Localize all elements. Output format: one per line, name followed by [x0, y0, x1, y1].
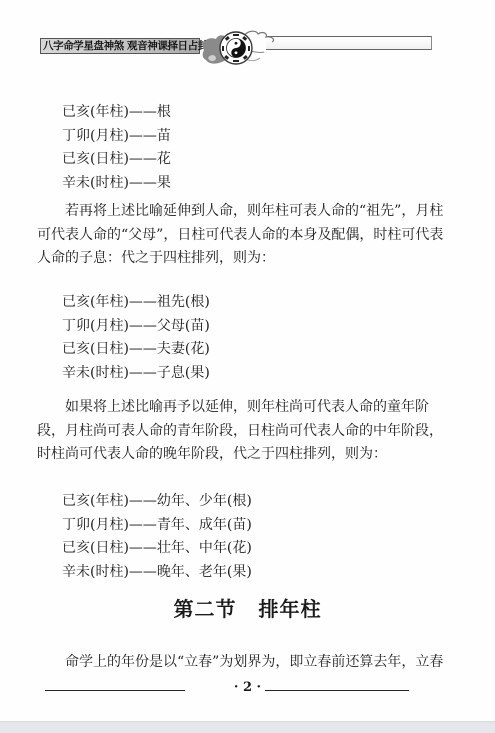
paragraph-line: 可代表人命的“父母”，日柱可代表人命的本身及配偶，时柱可代表	[37, 224, 459, 248]
header-rule-bar	[266, 36, 432, 50]
paragraph-year-pillar: 命学上的年份是以“立春”为划界为，即立春前还算去年，立春	[37, 651, 459, 675]
paragraph-line: 段，月柱尚可表人命的青年阶段，日柱尚可代表人命的中年阶段，	[37, 420, 459, 444]
list-item: 丁卯(月柱)——青年、成年(苗)	[62, 514, 252, 538]
pillar-list-basic: 已亥(年柱)——根 丁卯(月柱)——苗 已亥(日柱)——花 辛未(时柱)——果	[62, 101, 171, 195]
paragraph-life-stages: 如果将上述比喻再予以延伸，则年柱尚可代表人命的童年阶 段，月柱尚可表人命的青年阶…	[37, 396, 459, 467]
paragraph-line: 命学上的年份是以“立春”为划界为，即立春前还算去年，立春	[37, 651, 459, 675]
pillar-list-family: 已亥(年柱)——祖先(根) 丁卯(月柱)——父母(苗) 已亥(日柱)——夫妻(花…	[62, 291, 210, 385]
list-item: 丁卯(月柱)——苗	[62, 125, 171, 149]
paragraph-line: 人命的子息：代之于四柱排列，则为：	[37, 247, 459, 271]
viewer-bottom-band	[0, 721, 495, 733]
section-number: 第二节	[174, 593, 237, 622]
paragraph-line: 若再将上述比喻延伸到人命，则年柱可表人命的“祖先”，月柱	[37, 200, 459, 224]
list-item: 已亥(日柱)——花	[62, 148, 171, 172]
list-item: 已亥(日柱)——夫妻(花)	[62, 338, 210, 362]
paragraph-line: 如果将上述比喻再予以延伸，则年柱尚可代表人命的童年阶	[37, 396, 459, 420]
footer-rule-right	[265, 690, 409, 691]
list-item: 已亥(年柱)——祖先(根)	[62, 291, 210, 315]
paragraph-line: 时柱尚可代表人命的晚年阶段，代之于四柱排列，则为：	[37, 443, 459, 467]
list-item: 辛未(时柱)——果	[62, 172, 171, 196]
list-item: 已亥(日柱)——壮年、中年(花)	[62, 537, 252, 561]
running-header: 八字命学星盘神煞 观音神课择日占卦秘录	[40, 30, 432, 70]
section-heading: 第二节排年柱	[0, 593, 495, 622]
book-page: 八字命学星盘神煞 观音神课择日占卦秘录	[0, 0, 495, 721]
list-item: 辛未(时柱)——晚年、老年(果)	[62, 561, 252, 585]
section-title: 排年柱	[259, 593, 322, 622]
paragraph-ancestors: 若再将上述比喻延伸到人命，则年柱可表人命的“祖先”，月柱 可代表人命的“父母”，…	[37, 200, 459, 271]
list-item: 已亥(年柱)——幼年、少年(根)	[62, 490, 252, 514]
list-item: 丁卯(月柱)——父母(苗)	[62, 315, 210, 339]
taiji-bagua-emblem-icon	[198, 28, 278, 70]
list-item: 已亥(年柱)——根	[62, 101, 171, 125]
pillar-list-life-stages: 已亥(年柱)——幼年、少年(根) 丁卯(月柱)——青年、成年(苗) 已亥(日柱)…	[62, 490, 252, 584]
list-item: 辛未(时柱)——子息(果)	[62, 362, 210, 386]
page-number: · 2 ·	[0, 680, 495, 695]
